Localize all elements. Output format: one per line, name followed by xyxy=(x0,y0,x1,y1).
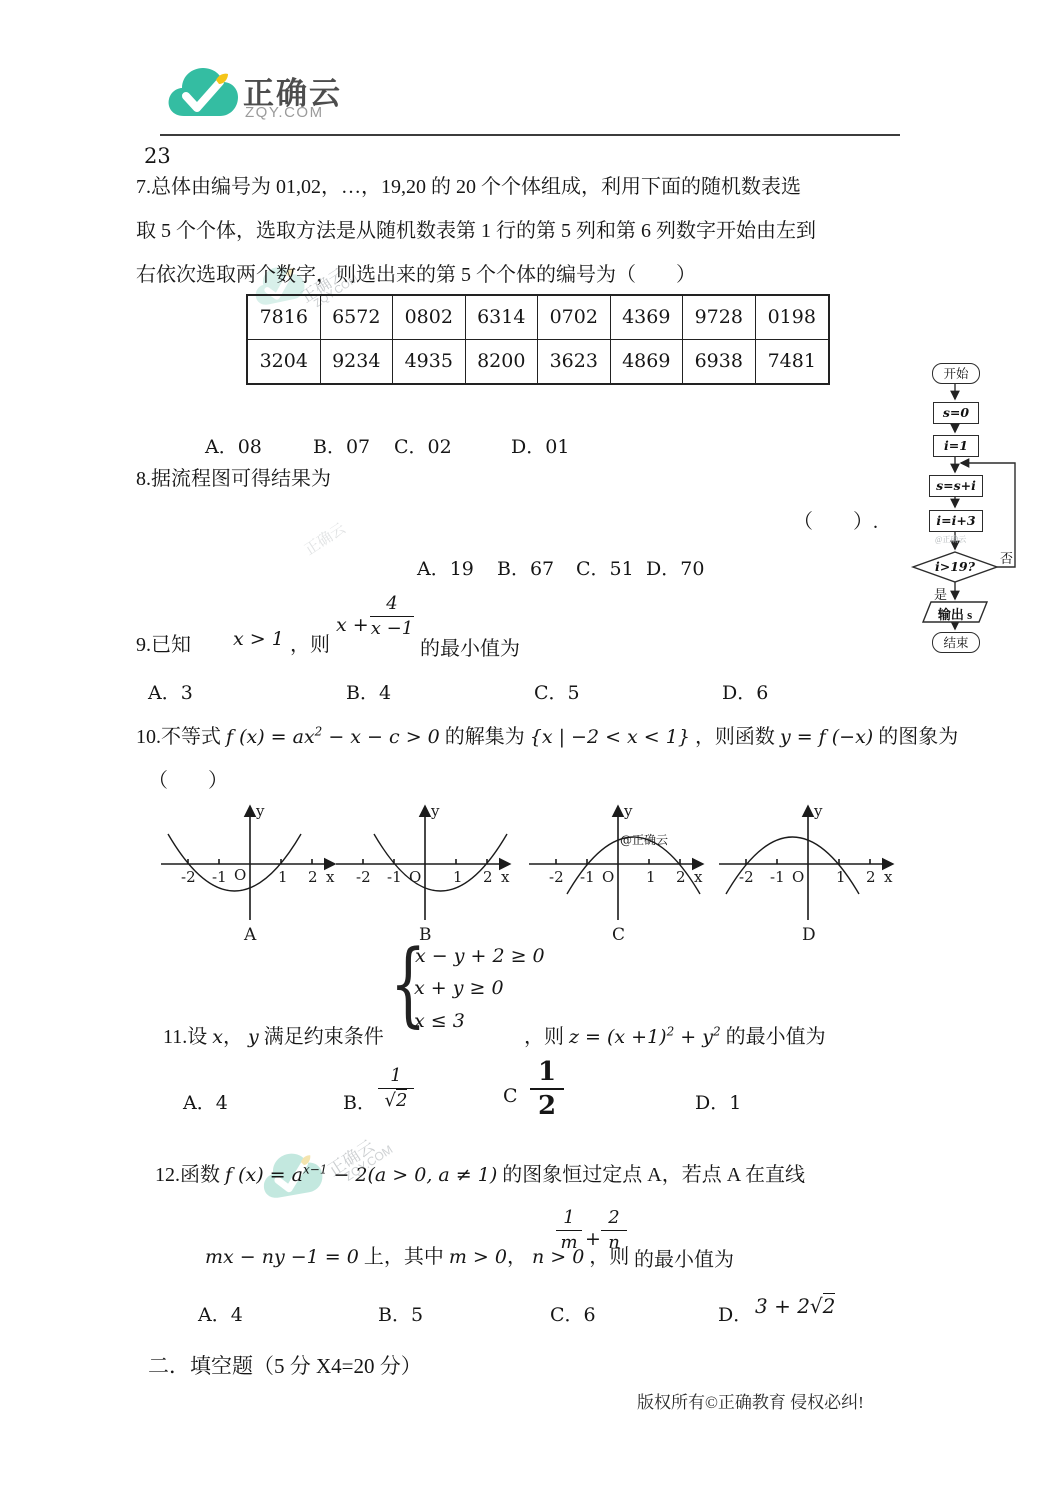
fraction-denominator: n xyxy=(601,1233,627,1253)
q9-mid: ，则 xyxy=(290,628,330,657)
table-cell: 9234 xyxy=(321,340,394,383)
flowchart-end-node: 结束 xyxy=(932,632,980,653)
fraction-numerator: 1 xyxy=(556,1208,582,1228)
q12-comma: ， xyxy=(507,1246,527,1268)
tick-label: 2 xyxy=(308,868,318,886)
brand-domain: ZQY.COM xyxy=(245,104,324,121)
footer-copyright: 版权所有©正确教育 侵权必纠! xyxy=(637,1388,864,1413)
q9-option-c: C．5 xyxy=(534,678,580,705)
radicand: 2 xyxy=(396,1089,407,1111)
q8-paren: （ ）. xyxy=(793,505,878,534)
option-d-pre: 3 + 2 xyxy=(755,1294,810,1318)
q12-option-b: B．5 xyxy=(378,1300,423,1327)
q10-suffix: 的图象为 xyxy=(878,726,958,748)
q10-solution-set: {x | −2 < x < 1} xyxy=(530,726,690,748)
q11-option-a: A．4 xyxy=(183,1088,228,1115)
q12-fraction-2: 2 n xyxy=(601,1208,627,1253)
flowchart-s0-node: s=0 xyxy=(933,402,979,424)
q9-fraction-numerator: 4 xyxy=(370,594,414,614)
x-axis-label: x xyxy=(501,868,510,886)
q11-var-y: y xyxy=(248,1026,259,1048)
q11-constraint-3: x ≤ 3 xyxy=(414,1010,465,1032)
table-cell: 7481 xyxy=(756,340,829,383)
q12-function-tail: − 2(a > 0, a ≠ 1) xyxy=(327,1164,497,1186)
flowchart: 开始 s=0 i=1 s=s+i i=i+3 @正确云 i>19? 否 是 输出… xyxy=(903,358,1028,663)
y-axis-label: y xyxy=(255,802,265,820)
q9-stem-prefix: 9.已知 xyxy=(136,628,191,657)
flowchart-no-label: 否 xyxy=(1000,548,1013,567)
fraction-denominator: m xyxy=(556,1233,582,1253)
q10-stem: 10.不等式 f (x) = ax2 − x − c > 0 的解集为 {x |… xyxy=(136,720,958,749)
q11-z-mid: + y xyxy=(674,1026,713,1048)
table-cell: 3204 xyxy=(248,340,321,383)
q8-stem: 8.据流程图可得结果为 xyxy=(136,462,331,491)
q11-option-b-fraction: 1 √2 xyxy=(378,1066,414,1111)
q9-suffix: 的最小值为 xyxy=(420,632,520,661)
tick-label: 1 xyxy=(453,868,463,886)
table-cell: 9728 xyxy=(683,296,756,340)
q7-option-a: A．08 xyxy=(205,432,262,459)
q12-prefix: 12.函数 xyxy=(155,1164,220,1186)
table-cell: 6314 xyxy=(466,296,539,340)
q12-option-d-value: 3 + 2√2 xyxy=(755,1294,835,1318)
q8-option-a: A．19 xyxy=(417,554,474,581)
q12-line-equation: mx − ny −1 = 0 xyxy=(205,1246,359,1268)
q10-graph-a: -2 -1 1 2 O x y A xyxy=(158,798,343,946)
q7-option-d: D．01 xyxy=(511,432,569,459)
q9-option-d: D．6 xyxy=(722,678,768,705)
q12-fraction-1: 1 m xyxy=(556,1208,582,1253)
flowchart-ssi-node: s=s+i xyxy=(929,475,983,497)
exam-page: { "brand": {"name": "正确云", "domain": "ZQ… xyxy=(0,0,1058,1497)
graph-watermark: @正确云 xyxy=(620,833,668,847)
q12-function-head: f (x) = a xyxy=(225,1164,303,1186)
tick-label: -2 xyxy=(181,868,196,886)
q11-suffix: 的最小值为 xyxy=(726,1026,826,1048)
table-cell: 0198 xyxy=(756,296,829,340)
q8-option-d: D．70 xyxy=(646,554,704,581)
q7-option-c: C．02 xyxy=(394,432,452,459)
q10-mid2: ，则函数 xyxy=(695,726,775,748)
table-cell: 4869 xyxy=(611,340,684,383)
q12-option-a: A．4 xyxy=(198,1300,243,1327)
tick-label: 2 xyxy=(866,868,876,886)
q7-option-b: B．07 xyxy=(313,432,370,459)
q11-option-d: D．1 xyxy=(695,1088,741,1115)
fraction-numerator: 1 xyxy=(530,1058,564,1086)
q10-mid1: 的解集为 xyxy=(445,726,525,748)
brand-cloud-logo xyxy=(164,58,242,130)
tick-label: -2 xyxy=(356,868,371,886)
q7-stem-line2: 取 5 个个体，选取方法是从随机数表第 1 行的第 5 列和第 6 列数字开始由… xyxy=(136,214,816,243)
q11-option-c-label: C xyxy=(503,1085,518,1107)
graph-letter: D xyxy=(802,925,816,945)
table-cell: 6938 xyxy=(683,340,756,383)
q11-constraint-1: x − y + 2 ≥ 0 xyxy=(415,945,545,967)
y-axis-label: y xyxy=(430,802,440,820)
tick-label: -1 xyxy=(580,868,595,886)
q11-exponent: 2 xyxy=(713,1024,721,1038)
table-cell: 6572 xyxy=(321,296,394,340)
q11-constraint-2: x + y ≥ 0 xyxy=(414,977,504,999)
q12-plus-sign: + xyxy=(585,1228,601,1250)
q10-function2: y = f (−x) xyxy=(780,726,873,748)
tick-label: 1 xyxy=(646,868,656,886)
q10-paren: （ ） xyxy=(148,764,228,793)
q10-graph-b: -2 -1 1 2 O x y B xyxy=(333,798,518,946)
flowchart-start-node: 开始 xyxy=(932,363,980,384)
q8-option-c: C．51 xyxy=(576,554,634,581)
fraction-bar xyxy=(530,1088,564,1090)
tick-label: 2 xyxy=(676,868,686,886)
q10-prefix: 10.不等式 xyxy=(136,726,221,748)
tick-label: -2 xyxy=(549,868,564,886)
q12-mid2: 上，其中 xyxy=(364,1246,444,1268)
origin-label: O xyxy=(792,868,804,886)
table-cell: 0702 xyxy=(538,296,611,340)
flowchart-yes-label: 是 xyxy=(934,584,947,603)
q11-option-c-fraction: 1 2 xyxy=(530,1058,564,1120)
origin-label: O xyxy=(409,868,421,886)
q10-formula-head: f (x) = ax xyxy=(226,726,315,748)
tick-label: -1 xyxy=(387,868,402,886)
q10-graph-c: -2 -1 1 2 O x y @正确云 C xyxy=(526,798,711,946)
flowchart-watermark: @正确云 xyxy=(935,534,966,545)
table-cell: 3623 xyxy=(538,340,611,383)
tick-label: 2 xyxy=(483,868,493,886)
q11-option-b-label: B． xyxy=(343,1088,376,1115)
q9-fraction-bar xyxy=(370,616,414,617)
origin-label: O xyxy=(602,868,614,886)
fraction-denominator: 2 xyxy=(530,1092,564,1120)
tick-label: -1 xyxy=(770,868,785,886)
q11-var-x: x xyxy=(212,1026,223,1048)
fraction-numerator: 2 xyxy=(601,1208,627,1228)
radicand: 2 xyxy=(823,1293,836,1318)
random-number-table: 7816 6572 0802 6314 0702 4369 9728 0198 … xyxy=(246,294,830,385)
table-cell: 4369 xyxy=(611,296,684,340)
q9-option-b: B．4 xyxy=(346,678,391,705)
q11-comma: ， xyxy=(223,1026,243,1048)
q7-stem-line1: 7.总体由编号为 01,02，…，19,20 的 20 个个体组成，利用下面的随… xyxy=(136,170,801,199)
q9-fraction: 4 x −1 xyxy=(370,594,414,639)
q9-condition: x > 1 xyxy=(233,628,284,650)
fraction-bar xyxy=(601,1230,627,1231)
fraction-numerator: 1 xyxy=(378,1066,414,1086)
radical-sign: √ xyxy=(385,1090,396,1111)
y-axis-label: y xyxy=(813,802,823,820)
q7-stem-line3: 右依次选取两个数字，则选出来的第 5 个个体的编号为（ ） xyxy=(136,258,696,287)
q12-option-d-label: D． xyxy=(718,1300,752,1327)
q10-formula-tail: − x − c > 0 xyxy=(322,726,439,748)
q11-prefix: 11.设 xyxy=(163,1026,207,1048)
x-axis-label: x xyxy=(694,868,703,886)
q9-expression-head: x + xyxy=(336,614,369,636)
q9-option-a: A．3 xyxy=(148,678,193,705)
q9-fraction-denominator: x −1 xyxy=(370,619,414,639)
flowchart-i1-node: i=1 xyxy=(933,435,979,457)
fraction-denominator: √2 xyxy=(378,1091,414,1111)
q10-graph-d: -2 -1 1 2 O x y D xyxy=(716,798,901,946)
table-cell: 7816 xyxy=(248,296,321,340)
q11-z-head: z = (x +1) xyxy=(569,1026,667,1048)
y-axis-label: y xyxy=(623,802,633,820)
watermark-text: 正确云 xyxy=(300,517,349,559)
section-2-heading: 二．填空题（5 分 X4=20 分） xyxy=(148,1350,422,1380)
tick-label: 1 xyxy=(836,868,846,886)
table-cell: 8200 xyxy=(466,340,539,383)
x-axis-label: x xyxy=(884,868,893,886)
tick-label: -2 xyxy=(739,868,754,886)
radical-sign: √ xyxy=(810,1294,823,1318)
q8-option-b: B．67 xyxy=(497,554,554,581)
flowchart-ii3-node: i=i+3 xyxy=(929,510,983,532)
fraction-bar xyxy=(556,1230,582,1231)
q12-suffix: 的最小值为 xyxy=(634,1243,734,1272)
q11-then-clause: ，则 z = (x +1)2 + y2 的最小值为 xyxy=(524,1020,826,1049)
flowchart-condition-text: i>19? xyxy=(921,559,989,574)
graph-letter: C xyxy=(612,925,625,945)
table-cell: 4935 xyxy=(393,340,466,383)
q12-option-c: C．6 xyxy=(550,1300,596,1327)
q12-stem-line1: 12.函数 f (x) = ax−1 − 2(a > 0, a ≠ 1) 的图象… xyxy=(155,1158,805,1187)
q11-stem: 11.设 x， y 满足约束条件 xyxy=(163,1020,384,1049)
q11-mid: 满足约束条件 xyxy=(264,1026,384,1048)
table-cell: 0802 xyxy=(393,296,466,340)
tick-label: 1 xyxy=(278,868,288,886)
header-rule xyxy=(160,134,900,136)
q12-mid: 的图象恒过定点 A，若点 A 在直线 xyxy=(502,1164,805,1186)
q12-exponent: x−1 xyxy=(303,1162,327,1176)
q11-then: ，则 xyxy=(524,1026,564,1048)
page-number: 23 xyxy=(144,144,171,168)
origin-label: O xyxy=(234,866,246,884)
q12-m-condition: m > 0 xyxy=(449,1246,507,1268)
flowchart-output-text: 输出 s xyxy=(929,604,981,623)
tick-label: -1 xyxy=(212,868,227,886)
graph-letter: A xyxy=(243,925,257,945)
